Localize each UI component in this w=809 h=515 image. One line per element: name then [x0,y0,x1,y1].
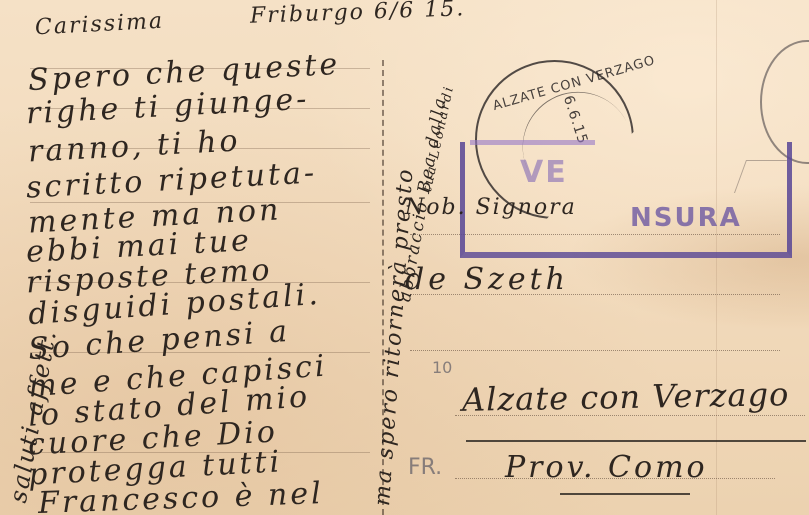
censor-stamp-partial-right: NSURA [630,203,742,233]
address-line-2-text: de Szeth [405,262,569,297]
place-date: Friburgo 6/6 15. [250,0,466,29]
address-line-1-text: Nob. Signora [405,195,577,220]
pencil-note-fr: FR. [408,455,442,480]
censor-stamp-partial-left: VE [520,155,568,190]
message-line: Francesco è nel [38,479,325,515]
address-line-4-text: Prov. Como [505,450,708,485]
pencil-note-number: 10 [432,358,452,377]
salutation: Carissima [34,9,164,41]
address-underline [466,440,806,442]
province-underline [560,493,690,495]
postcard-back: Friburgo 6/6 15. Carissima Spero che que… [0,0,809,515]
censor-stamp-top-edge [470,140,595,145]
address-line-3-text: Alzate con Verzago [462,375,790,419]
address-line-3 [410,350,780,351]
